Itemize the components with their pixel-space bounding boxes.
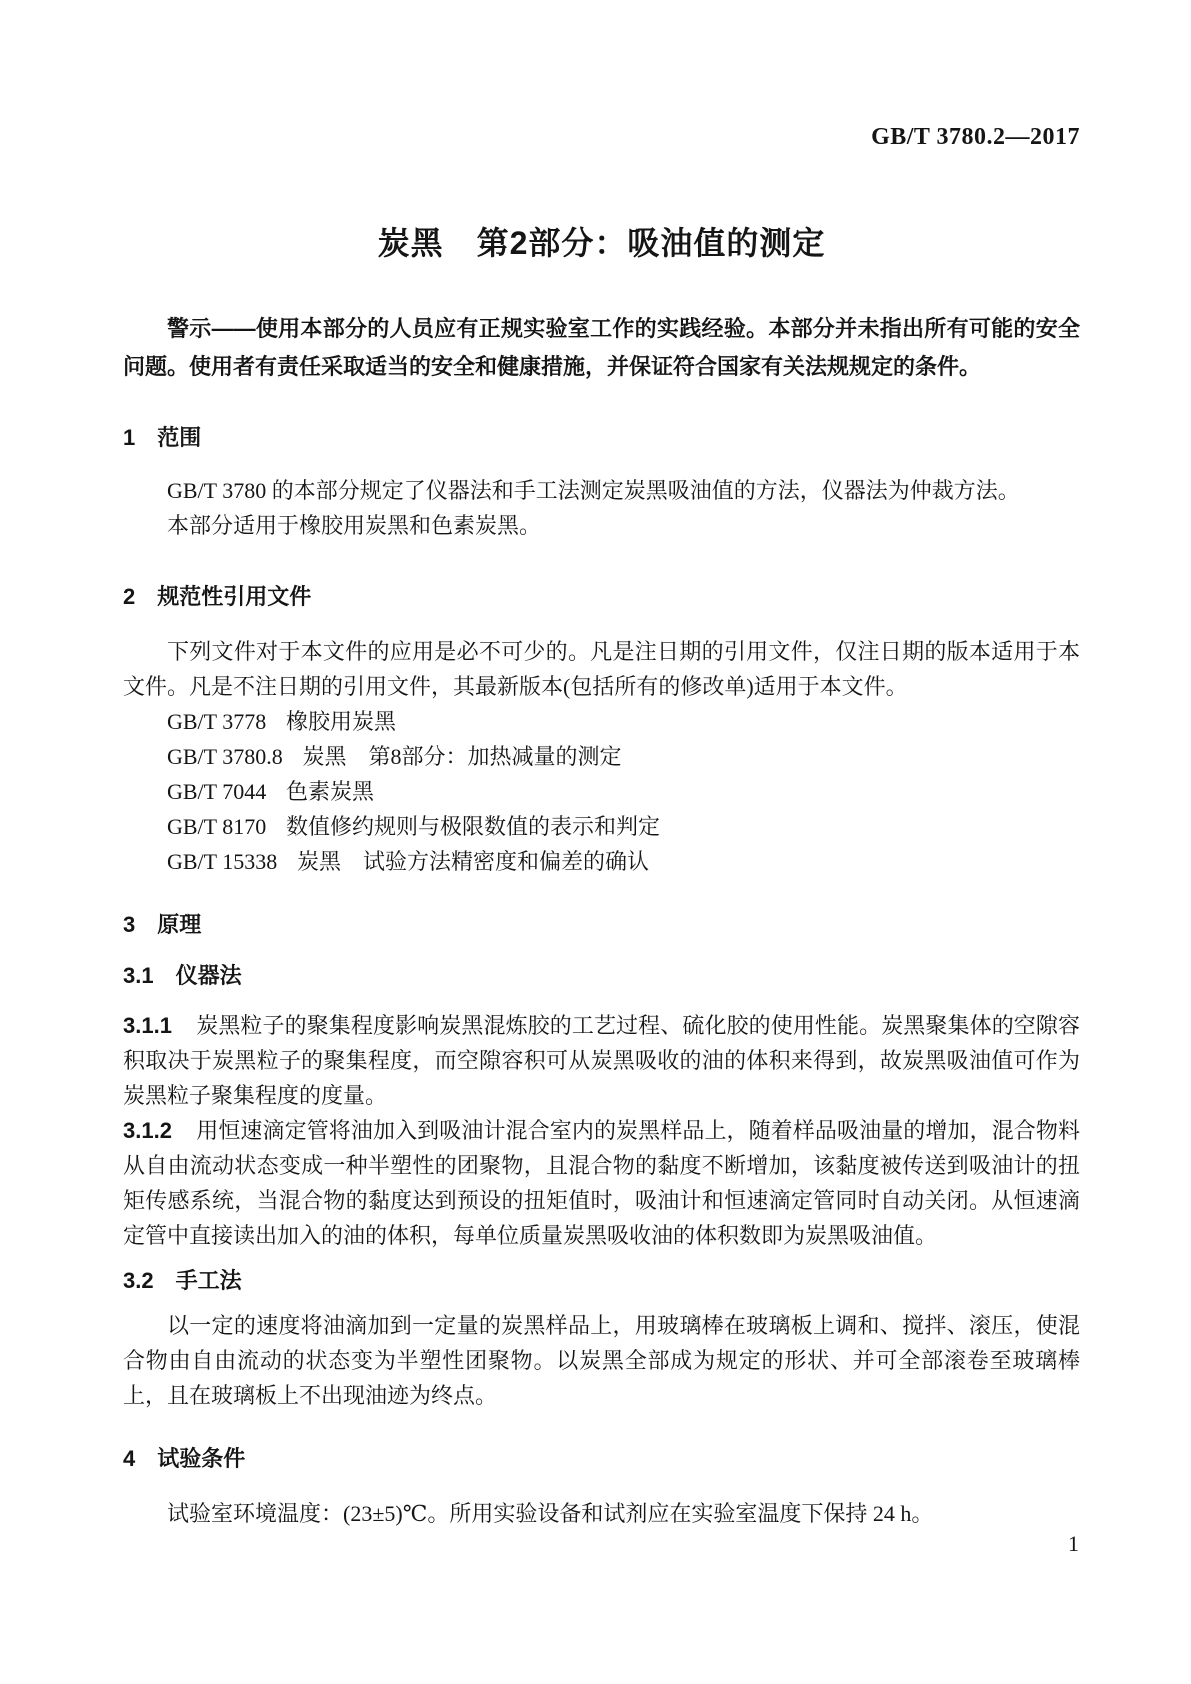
clause-paragraph: 3.1.2用恒速滴定管将油加入到吸油计混合室内的炭黑样品上，随着样品吸油量的增加… — [123, 1113, 1080, 1253]
reference-title: 橡胶用炭黑 — [286, 709, 396, 734]
section-heading: 2规范性引用文件 — [123, 579, 1080, 614]
section-title: 规范性引用文件 — [157, 584, 311, 609]
clause-text: 用恒速滴定管将油加入到吸油计混合室内的炭黑样品上，随着样品吸油量的增加，混合物料… — [123, 1118, 1080, 1248]
section-number: 1 — [123, 420, 135, 455]
section-number: 3 — [123, 907, 135, 942]
subsection-manual-method: 3.2手工法 以一定的速度将油滴加到一定量的炭黑样品上，用玻璃棒在玻璃板上调和、… — [123, 1263, 1080, 1413]
reference-item: GB/T 3780.8炭黑 第8部分：加热减量的测定 — [123, 739, 1080, 774]
paragraph: 本部分适用于橡胶用炭黑和色素炭黑。 — [123, 508, 1080, 543]
subsection-heading: 3.2手工法 — [123, 1263, 1080, 1298]
page-number: 1 — [1068, 1530, 1079, 1558]
paragraph: 试验室环境温度：(23±5)℃。所用实验设备和试剂应在实验室温度下保持 24 h… — [123, 1496, 1080, 1531]
references-list: GB/T 3778橡胶用炭黑 GB/T 3780.8炭黑 第8部分：加热减量的测… — [123, 704, 1080, 879]
subsection-heading: 3.1仪器法 — [123, 958, 1080, 993]
reference-code: GB/T 3778 — [167, 704, 266, 739]
section-heading: 3原理 — [123, 907, 1080, 942]
reference-code: GB/T 8170 — [167, 809, 266, 844]
subsection-number: 3.2 — [123, 1263, 154, 1298]
subsection-number: 3.1 — [123, 958, 154, 993]
section-scope: 1范围 GB/T 3780 的本部分规定了仪器法和手工法测定炭黑吸油值的方法，仪… — [123, 420, 1080, 543]
clause-paragraph: 3.1.1炭黑粒子的聚集程度影响炭黑混炼胶的工艺过程、硫化胶的使用性能。炭黑聚集… — [123, 1008, 1080, 1113]
reference-code: GB/T 7044 — [167, 774, 266, 809]
reference-title: 色素炭黑 — [286, 779, 374, 804]
reference-code: GB/T 15338 — [167, 844, 277, 879]
section-test-conditions: 4试验条件 试验室环境温度：(23±5)℃。所用实验设备和试剂应在实验室温度下保… — [123, 1441, 1080, 1531]
reference-title: 炭黑 试验方法精密度和偏差的确认 — [297, 849, 649, 874]
reference-title: 数值修约规则与极限数值的表示和判定 — [286, 814, 660, 839]
reference-item: GB/T 8170数值修约规则与极限数值的表示和判定 — [123, 809, 1080, 844]
reference-item: GB/T 3778橡胶用炭黑 — [123, 704, 1080, 739]
section-heading: 4试验条件 — [123, 1441, 1080, 1476]
reference-code: GB/T 3780.8 — [167, 739, 283, 774]
section-heading: 1范围 — [123, 420, 1080, 455]
warning-paragraph: 警示——使用本部分的人员应有正规实验室工作的实践经验。本部分并未指出所有可能的安… — [123, 310, 1080, 386]
document-title: 炭黑 第2部分：吸油值的测定 — [123, 222, 1080, 264]
section-title: 范围 — [157, 425, 201, 450]
reference-item: GB/T 15338炭黑 试验方法精密度和偏差的确认 — [123, 844, 1080, 879]
standard-code: GB/T 3780.2—2017 — [123, 124, 1080, 150]
clause-number: 3.1.2 — [123, 1113, 172, 1148]
clause-number: 3.1.1 — [123, 1008, 172, 1043]
paragraph: GB/T 3780 的本部分规定了仪器法和手工法测定炭黑吸油值的方法，仪器法为仲… — [123, 473, 1080, 508]
clause-text: 炭黑粒子的聚集程度影响炭黑混炼胶的工艺过程、硫化胶的使用性能。炭黑聚集体的空隙容… — [123, 1013, 1080, 1108]
section-principle: 3原理 3.1仪器法 3.1.1炭黑粒子的聚集程度影响炭黑混炼胶的工艺过程、硫化… — [123, 907, 1080, 1413]
section-title: 试验条件 — [157, 1446, 245, 1471]
paragraph: 以一定的速度将油滴加到一定量的炭黑样品上，用玻璃棒在玻璃板上调和、搅拌、滚压，使… — [123, 1308, 1080, 1413]
section-number: 4 — [123, 1441, 135, 1476]
document-page: GB/T 3780.2—2017 炭黑 第2部分：吸油值的测定 警示——使用本部… — [0, 0, 1191, 1684]
subsection-title: 手工法 — [176, 1268, 242, 1293]
subsection-title: 仪器法 — [176, 963, 242, 988]
reference-title: 炭黑 第8部分：加热减量的测定 — [303, 744, 622, 769]
section-number: 2 — [123, 579, 135, 614]
paragraph: 下列文件对于本文件的应用是必不可少的。凡是注日期的引用文件，仅注日期的版本适用于… — [123, 634, 1080, 704]
reference-item: GB/T 7044色素炭黑 — [123, 774, 1080, 809]
section-normative-references: 2规范性引用文件 下列文件对于本文件的应用是必不可少的。凡是注日期的引用文件，仅… — [123, 579, 1080, 879]
section-title: 原理 — [157, 912, 201, 937]
subsection-instrument-method: 3.1仪器法 3.1.1炭黑粒子的聚集程度影响炭黑混炼胶的工艺过程、硫化胶的使用… — [123, 958, 1080, 1253]
